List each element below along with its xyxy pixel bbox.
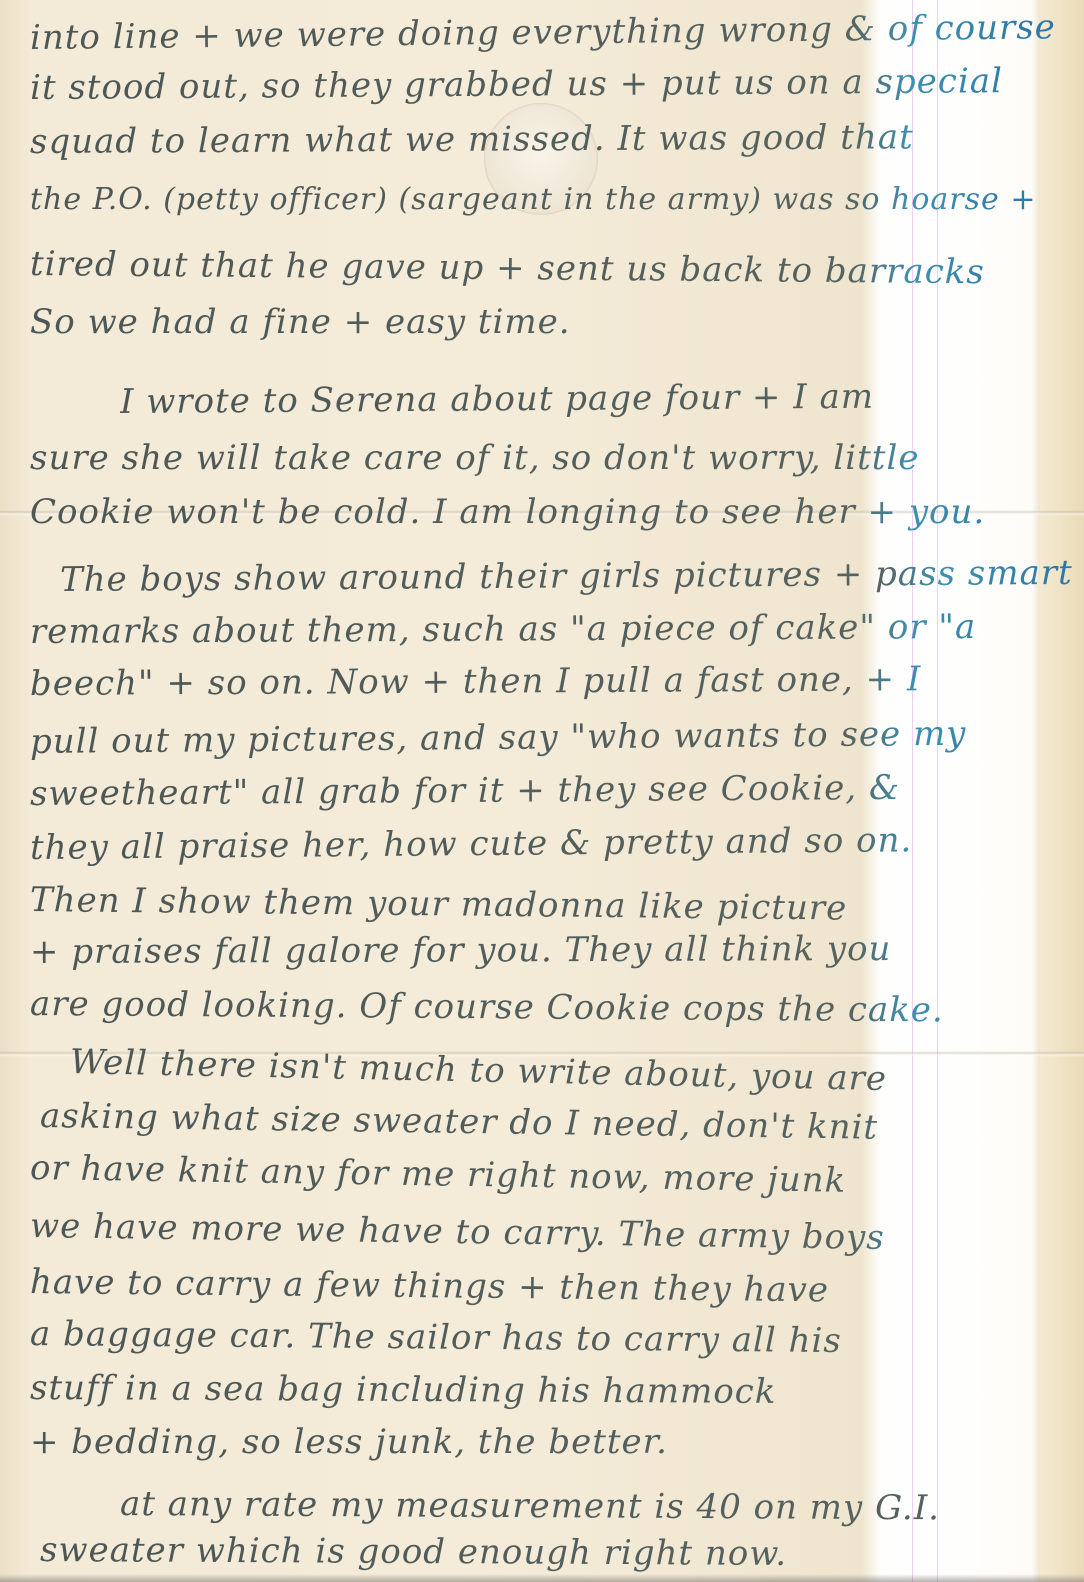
letter-line: sure she will take care of it, so don't …: [30, 438, 919, 478]
letter-line: Then I show them your madonna like pictu…: [30, 880, 848, 929]
letter-line: sweetheart" all grab for it + they see C…: [30, 768, 900, 814]
letter-line: it stood out, so they grabbed us + put u…: [30, 61, 1003, 108]
letter-line: or have knit any for me right now, more …: [30, 1148, 847, 1201]
letter-line: I wrote to Serena about page four + I am: [120, 377, 874, 422]
letter-line: they all praise her, how cute & pretty a…: [30, 820, 913, 868]
letter-line: asking what size sweater do I need, don'…: [40, 1096, 879, 1148]
letter-line: are good looking. Of course Cookie cops …: [30, 984, 944, 1030]
letter-line: beech" + so on. Now + then I pull a fast…: [30, 659, 922, 704]
letter-line: the P.O. (petty officer) (sargeant in th…: [30, 182, 1036, 217]
letter-line: So we had a fine + easy time.: [30, 302, 571, 342]
letter-line: stuff in a sea bag including his hammock: [30, 1368, 777, 1412]
letter-line: Cookie won't be cold. I am longing to se…: [30, 492, 985, 532]
letter-line: + bedding, so less junk, the better.: [30, 1422, 668, 1462]
letter-line: at any rate my measurement is 40 on my G…: [120, 1484, 940, 1528]
margin-line: [912, 0, 913, 1582]
letter-line: have to carry a few things + then they h…: [30, 1262, 829, 1310]
letter-line: pull out my pictures, and say "who wants…: [30, 714, 967, 762]
letter-line: sweater which is good enough right now.: [40, 1530, 787, 1574]
paper-bottom-edge: [0, 1574, 1084, 1582]
letter-line: tired out that he gave up + sent us back…: [30, 244, 985, 292]
margin-line: [937, 0, 938, 1582]
letter-page: into line + we were doing everything wro…: [0, 0, 1084, 1582]
paper-right-edge: [1040, 0, 1084, 1582]
letter-line: The boys show around their girls picture…: [60, 553, 1073, 600]
letter-line: + praises fall galore for you. They all …: [30, 929, 892, 972]
letter-line: remarks about them, such as "a piece of …: [30, 607, 976, 652]
letter-line: a baggage car. The sailor has to carry a…: [30, 1314, 842, 1361]
letter-line: we have more we have to carry. The army …: [30, 1206, 885, 1258]
letter-line: squad to learn what we missed. It was go…: [30, 117, 914, 162]
